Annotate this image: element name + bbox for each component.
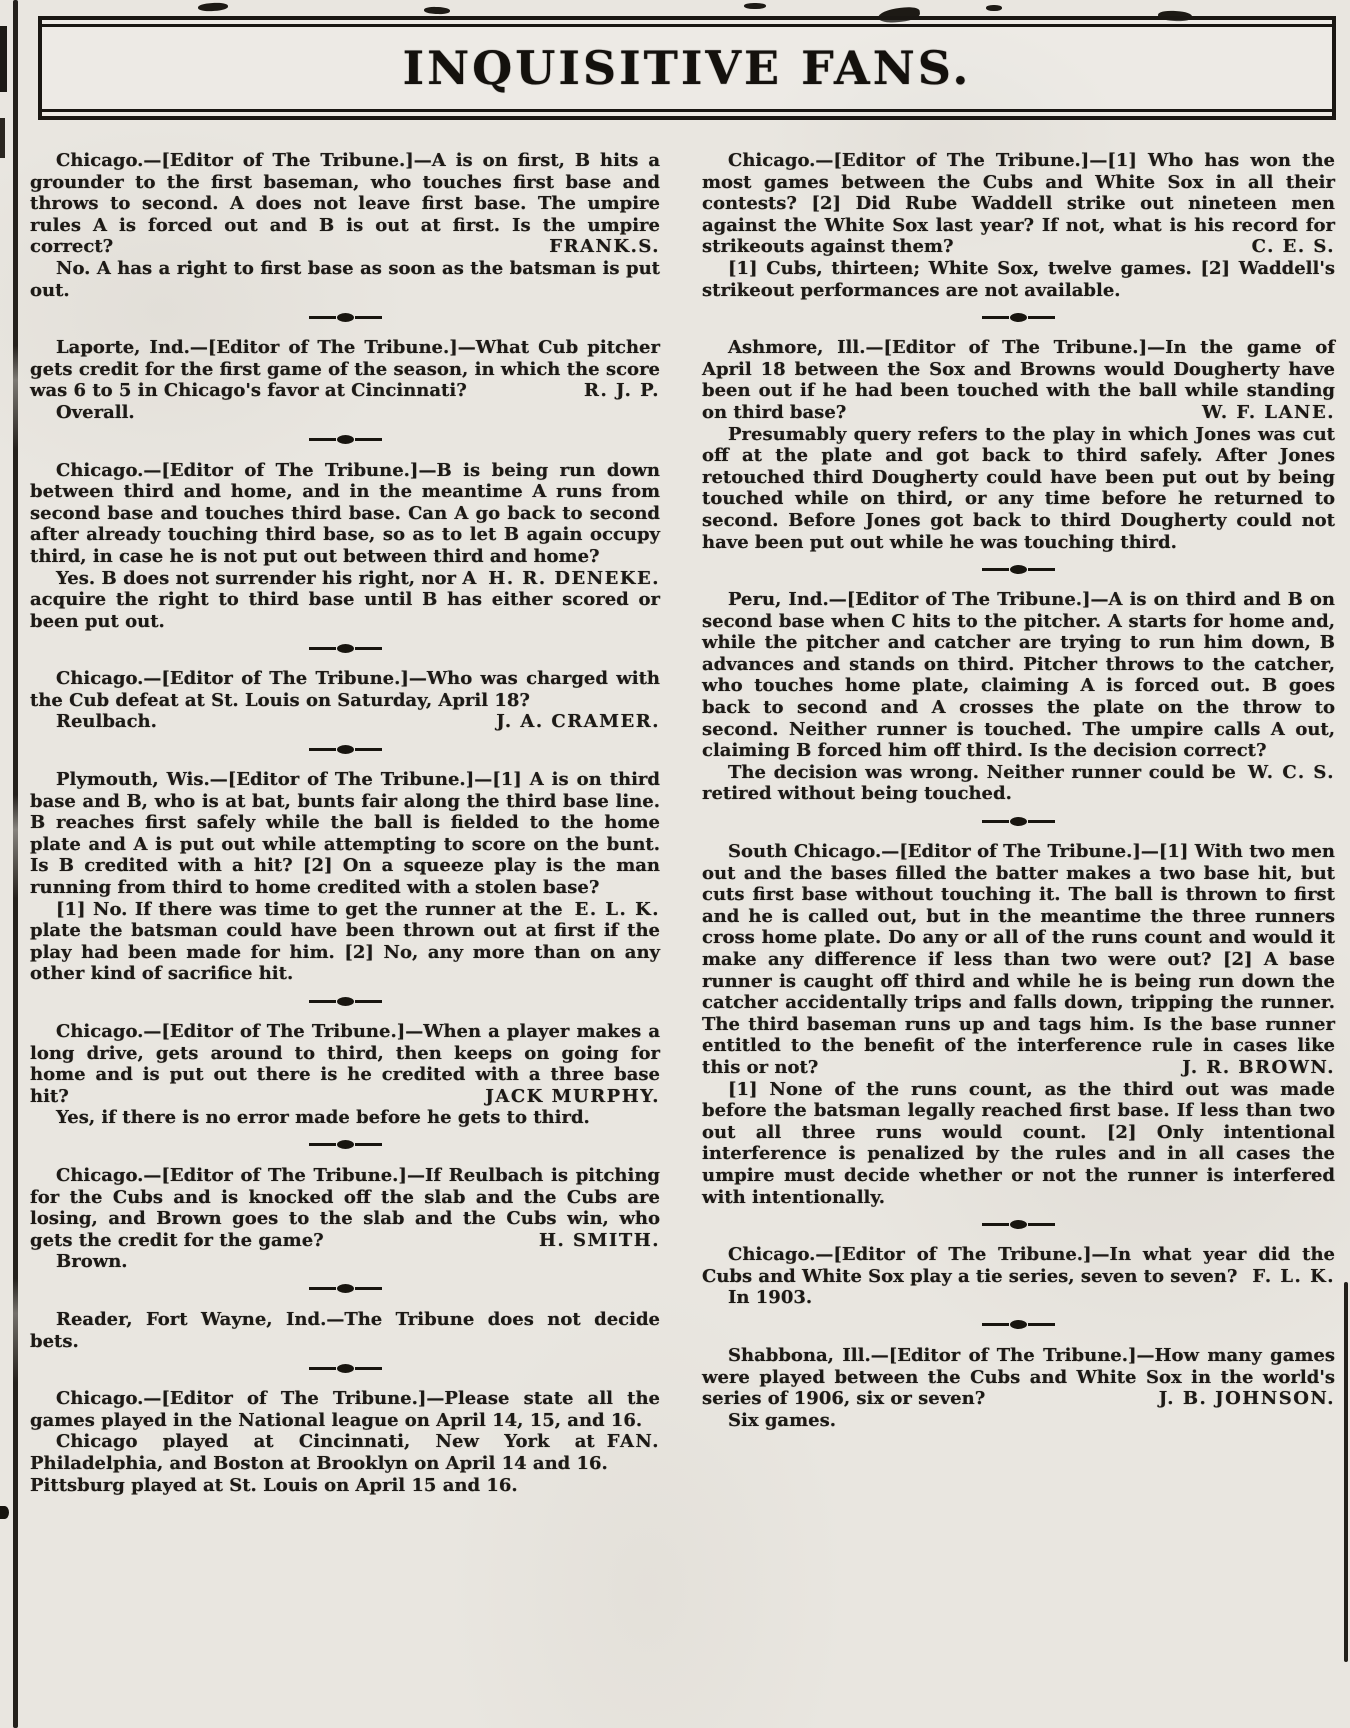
divider-dash-left-icon (309, 1367, 336, 1370)
divider-dash-left-icon (309, 1287, 336, 1290)
question-paragraph: Chicago.—[Editor of The Tribune.]—Who wa… (30, 668, 660, 711)
divider-dash-right-icon (355, 438, 382, 441)
question-text: Peru, Ind.—[Editor of The Tribune.]—A is… (702, 589, 1335, 761)
divider-dash-left-icon (982, 316, 1009, 319)
qa-item: Peru, Ind.—[Editor of The Tribune.]—A is… (702, 589, 1335, 805)
scan-smudge (198, 2, 228, 12)
signature: R. J. P. (572, 380, 660, 402)
answer-paragraph: No. A has a right to first base as soon … (30, 258, 660, 301)
scan-smudge (986, 5, 1002, 11)
answer-paragraph: Brown. (30, 1251, 660, 1273)
answer-paragraph: Yes, if there is no error made before he… (30, 1107, 660, 1129)
answer-paragraph: [1] Cubs, thirteen; White Sox, twelve ga… (702, 258, 1335, 301)
divider-dash-right-icon (355, 1287, 382, 1290)
page-edge-mark (0, 26, 7, 92)
question-paragraph: Plymouth, Wis.—[Editor of The Tribune.]—… (30, 769, 660, 899)
qa-item: Reader, Fort Wayne, Ind.—The Tribune doe… (30, 1309, 660, 1352)
divider-dash-right-icon (355, 316, 382, 319)
qa-item: South Chicago.—[Editor of The Tribune.]—… (702, 841, 1335, 1208)
page-edge-mark (0, 118, 5, 158)
divider-dot-icon (337, 1140, 354, 1149)
divider-ornament (30, 744, 660, 754)
signature: JACK MURPHY. (473, 1086, 660, 1108)
page-edge-mark (0, 1506, 9, 1519)
divider-ornament (702, 564, 1335, 574)
qa-item: Chicago.—[Editor of The Tribune.]—A is o… (30, 150, 660, 301)
divider-dash-right-icon (355, 748, 382, 751)
divider-dash-right-icon (355, 1000, 382, 1003)
column-rule-left (13, 0, 18, 1728)
divider-dash-left-icon (309, 1000, 336, 1003)
divider-dash-left-icon (309, 748, 336, 751)
signature: J. A. CRAMER. (484, 711, 660, 733)
question-paragraph: Chicago.—[Editor of The Tribune.]—B is b… (30, 460, 660, 568)
divider-dot-icon (1010, 313, 1027, 322)
column-rule-right-fragment (1344, 1282, 1348, 1662)
newspaper-page: INQUISITIVE FANS. Chicago.—[Editor of Th… (0, 0, 1350, 1728)
question-paragraph: Chicago.—[Editor of The Tribune.]—Please… (30, 1388, 660, 1431)
divider-dash-left-icon (309, 438, 336, 441)
divider-ornament (30, 1140, 660, 1150)
question-paragraph: Laporte, Ind.—[Editor of The Tribune.]—W… (30, 337, 660, 402)
signature: J. R. BROWN. (1170, 1057, 1335, 1079)
signature: J. B. JOHNSON. (1147, 1388, 1335, 1410)
answer-paragraph: [1] None of the runs count, as the third… (702, 1079, 1335, 1209)
question-paragraph: Chicago.—[Editor of The Tribune.]—[1] Wh… (702, 150, 1335, 258)
qa-item: Ashmore, Ill.—[Editor of The Tribune.]—I… (702, 337, 1335, 553)
divider-dash-right-icon (355, 647, 382, 650)
divider-ornament (702, 1320, 1335, 1330)
qa-item: Plymouth, Wis.—[Editor of The Tribune.]—… (30, 769, 660, 985)
masthead-box: INQUISITIVE FANS. (38, 16, 1336, 120)
divider-dot-icon (337, 997, 354, 1006)
question-paragraph: South Chicago.—[Editor of The Tribune.]—… (702, 841, 1335, 1079)
question-paragraph: Ashmore, Ill.—[Editor of The Tribune.]—I… (702, 337, 1335, 423)
divider-dot-icon (1010, 565, 1027, 574)
divider-dash-left-icon (982, 1323, 1009, 1326)
question-paragraph: Peru, Ind.—[Editor of The Tribune.]—A is… (702, 589, 1335, 762)
divider-dot-icon (337, 644, 354, 653)
signature: W. F. LANE. (1190, 402, 1335, 424)
divider-dash-left-icon (982, 820, 1009, 823)
divider-dot-icon (1010, 1320, 1027, 1329)
qa-item: Chicago.—[Editor of The Tribune.]—[1] Wh… (702, 150, 1335, 301)
question-text: Plymouth, Wis.—[Editor of The Tribune.]—… (30, 769, 660, 898)
divider-dot-icon (337, 1284, 354, 1293)
answer-paragraph: In 1903. (702, 1287, 1335, 1309)
question-paragraph: Shabbona, Ill.—[Editor of The Tribune.]—… (702, 1345, 1335, 1410)
divider-ornament (30, 1284, 660, 1294)
divider-ornament (30, 643, 660, 653)
qa-item: Laporte, Ind.—[Editor of The Tribune.]—W… (30, 337, 660, 423)
scan-smudge (744, 3, 766, 9)
divider-dash-left-icon (309, 316, 336, 319)
answer-paragraph: Pittsburg played at St. Louis on April 1… (30, 1475, 660, 1497)
answer-paragraph: Chicago played at Cincinnati, New York a… (30, 1431, 660, 1474)
divider-dot-icon (1010, 817, 1027, 826)
divider-dash-right-icon (1028, 820, 1055, 823)
divider-ornament (702, 312, 1335, 322)
answer-paragraph: Presumably query refers to the play in w… (702, 424, 1335, 554)
signature: H. SMITH. (527, 1230, 660, 1252)
divider-dash-left-icon (309, 647, 336, 650)
question-paragraph: Chicago.—[Editor of The Tribune.]—In wha… (702, 1244, 1335, 1287)
signature: F. L. K. (1240, 1266, 1335, 1288)
divider-dot-icon (337, 313, 354, 322)
divider-dash-left-icon (309, 1143, 336, 1146)
divider-dash-left-icon (982, 568, 1009, 571)
answer-paragraph: Six games. (702, 1410, 1335, 1432)
divider-dash-right-icon (1028, 1323, 1055, 1326)
question-text: Chicago.—[Editor of The Tribune.]—Who wa… (30, 668, 660, 711)
question-paragraph: Chicago.—[Editor of The Tribune.]—When a… (30, 1021, 660, 1107)
question-text: Chicago.—[Editor of The Tribune.]—Please… (30, 1388, 660, 1431)
scan-smudge (424, 7, 450, 15)
column-title: INQUISITIVE FANS. (42, 20, 1332, 116)
divider-ornament (702, 1219, 1335, 1229)
signature: FAN. (595, 1431, 660, 1453)
qa-item: Chicago.—[Editor of The Tribune.]—When a… (30, 1021, 660, 1129)
question-paragraph: Chicago.—[Editor of The Tribune.]—A is o… (30, 150, 660, 258)
answer-paragraph: Overall. (30, 402, 660, 424)
signature: C. E. S. (1240, 236, 1335, 258)
divider-ornament (30, 435, 660, 445)
divider-dot-icon (337, 1364, 354, 1373)
divider-ornament (30, 1363, 660, 1373)
signature: W. C. S. (1236, 762, 1335, 784)
question-text: Laporte, Ind.—[Editor of The Tribune.]—W… (30, 337, 660, 401)
divider-dash-right-icon (355, 1143, 382, 1146)
divider-dot-icon (337, 745, 354, 754)
qa-item: Chicago.—[Editor of The Tribune.]—B is b… (30, 460, 660, 633)
qa-item: Shabbona, Ill.—[Editor of The Tribune.]—… (702, 1345, 1335, 1431)
divider-dash-right-icon (355, 1367, 382, 1370)
qa-item: Chicago.—[Editor of The Tribune.]—Who wa… (30, 668, 660, 733)
question-text: South Chicago.—[Editor of The Tribune.]—… (702, 841, 1335, 1078)
divider-ornament (30, 312, 660, 322)
divider-dash-right-icon (1028, 316, 1055, 319)
question-text: Reader, Fort Wayne, Ind.—The Tribune doe… (30, 1309, 660, 1352)
divider-dash-right-icon (1028, 1223, 1055, 1226)
divider-dash-left-icon (982, 1223, 1009, 1226)
signature: H. R. DENEKE. (476, 568, 660, 590)
divider-ornament (702, 816, 1335, 826)
right-column: Chicago.—[Editor of The Tribune.]—[1] Wh… (702, 150, 1335, 1431)
question-paragraph: Chicago.—[Editor of The Tribune.]—If Reu… (30, 1165, 660, 1251)
signature: E. L. K. (563, 899, 660, 921)
question-text: Chicago.—[Editor of The Tribune.]—B is b… (30, 460, 660, 567)
qa-item: Chicago.—[Editor of The Tribune.]—In wha… (702, 1244, 1335, 1309)
question-paragraph: Reader, Fort Wayne, Ind.—The Tribune doe… (30, 1309, 660, 1352)
signature: FRANK.S. (537, 236, 660, 258)
divider-dot-icon (1010, 1220, 1027, 1229)
divider-ornament (30, 996, 660, 1006)
divider-dot-icon (337, 435, 354, 444)
left-column: Chicago.—[Editor of The Tribune.]—A is o… (30, 150, 660, 1496)
qa-item: Chicago.—[Editor of The Tribune.]—Please… (30, 1388, 660, 1496)
divider-dash-right-icon (1028, 568, 1055, 571)
qa-item: Chicago.—[Editor of The Tribune.]—If Reu… (30, 1165, 660, 1273)
